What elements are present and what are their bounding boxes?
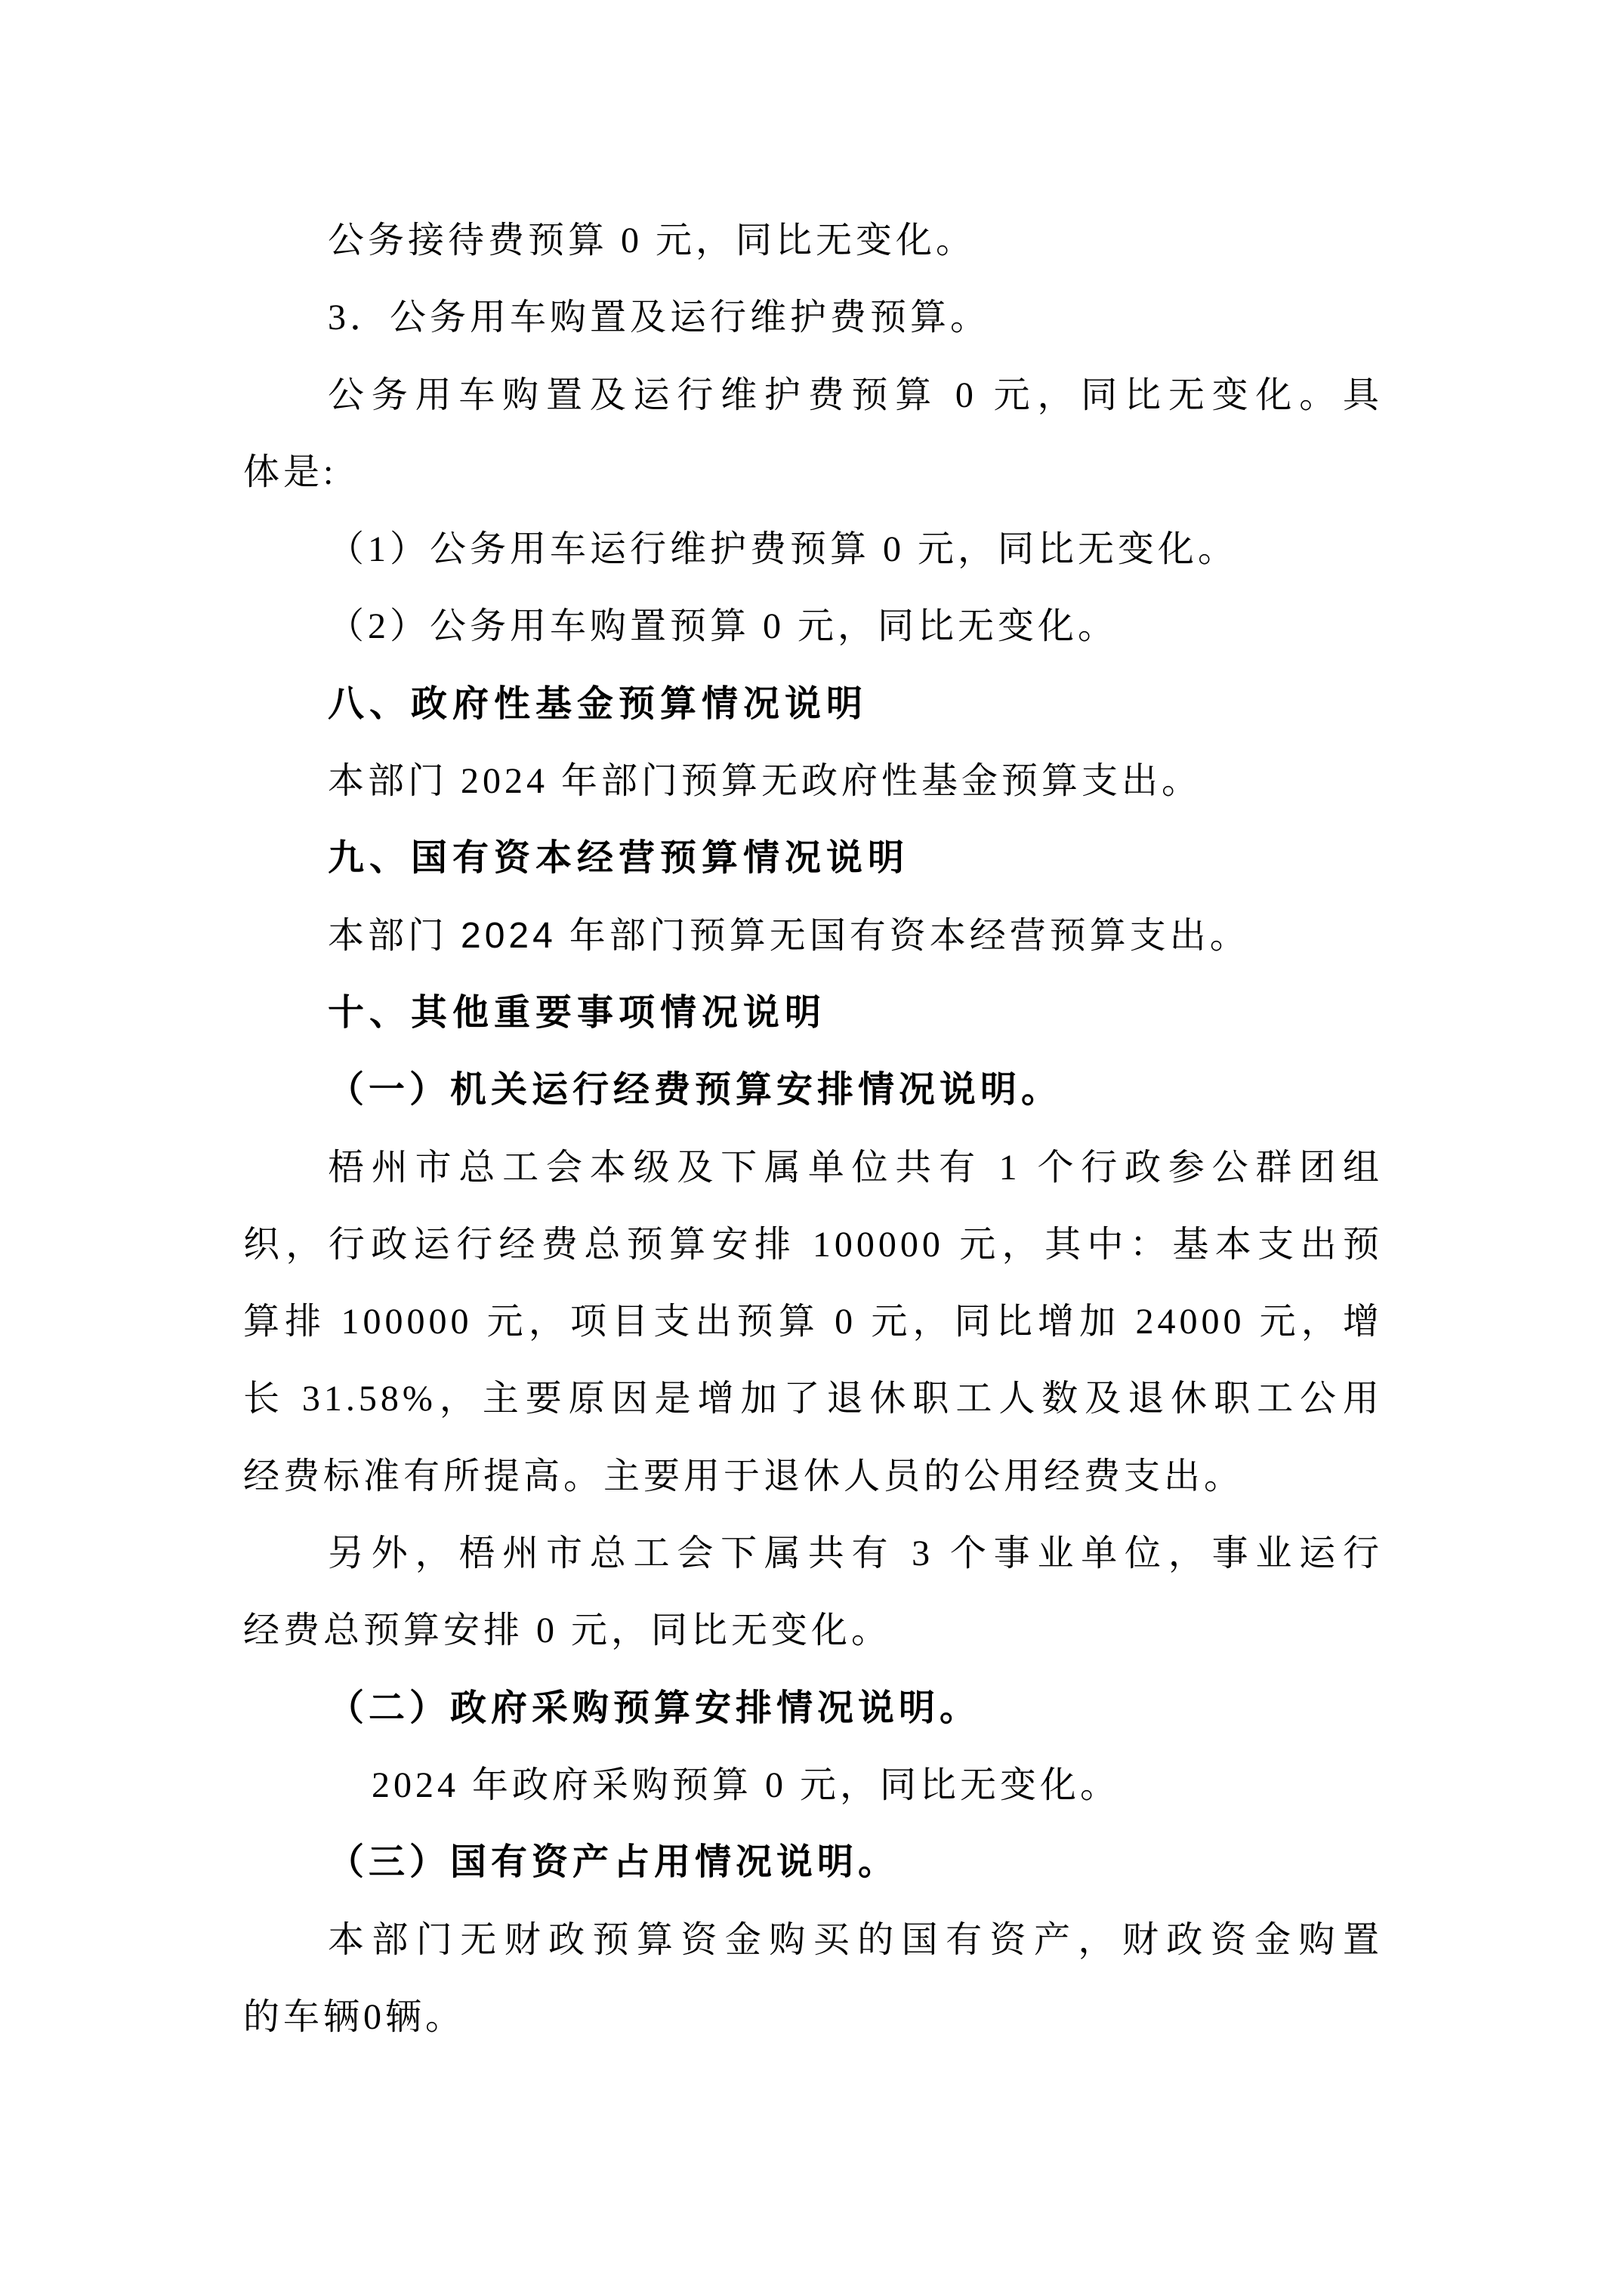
document-page: 公务接待费预算 0 元，同比无变化。3．公务用车购置及运行维护费预算。公务用车购… bbox=[0, 0, 1623, 2296]
text-line: （2）公务用车购置预算 0 元，同比无变化。 bbox=[243, 588, 1383, 665]
text-line: 织，行政运行经费总预算安排 100000 元，其中：基本支出预 bbox=[243, 1207, 1383, 1284]
section-heading: 八、政府性基金预算情况说明 bbox=[243, 666, 1383, 743]
text-segment: 本部门 bbox=[328, 916, 461, 956]
text-line: 本部门 2024 年部门预算无国有资本经营预算支出。 bbox=[243, 898, 1383, 975]
numeric-text: 2024 bbox=[461, 916, 557, 956]
text-line: 本部门无财政预算资金购买的国有资产，财政资金购置 bbox=[243, 1902, 1383, 1979]
section-heading: 九、国有资本经营预算情况说明 bbox=[243, 820, 1383, 897]
text-line: 3．公务用车购置及运行维护费预算。 bbox=[243, 279, 1383, 356]
text-line: 公务接待费预算 0 元，同比无变化。 bbox=[243, 202, 1383, 279]
section-heading: 十、其他重要事项情况说明 bbox=[243, 975, 1383, 1052]
section-heading: （二）政府采购预算安排情况说明。 bbox=[243, 1670, 1383, 1747]
text-line: （1）公务用车运行维护费预算 0 元，同比无变化。 bbox=[243, 511, 1383, 588]
text-line: 经费标准有所提高。主要用于退休人员的公用经费支出。 bbox=[243, 1438, 1383, 1515]
document-body: 公务接待费预算 0 元，同比无变化。3．公务用车购置及运行维护费预算。公务用车购… bbox=[243, 202, 1383, 2056]
text-line: 算排 100000 元，项目支出预算 0 元，同比增加 24000 元，增 bbox=[243, 1284, 1383, 1361]
section-heading: （一）机关运行经费预算安排情况说明。 bbox=[243, 1052, 1383, 1129]
text-line: 梧州市总工会本级及下属单位共有 1 个行政参公群团组 bbox=[243, 1130, 1383, 1207]
text-line: 的车辆0辆。 bbox=[243, 1979, 1383, 2056]
text-line: 长 31.58%，主要原因是增加了退休职工人数及退休职工公用 bbox=[243, 1361, 1383, 1438]
section-heading: （三）国有资产占用情况说明。 bbox=[243, 1824, 1383, 1901]
text-line: 本部门 2024 年部门预算无政府性基金预算支出。 bbox=[243, 743, 1383, 820]
text-line: 另外，梧州市总工会下属共有 3 个事业单位，事业运行 bbox=[243, 1515, 1383, 1592]
text-line: 2024 年政府采购预算 0 元，同比无变化。 bbox=[243, 1747, 1383, 1824]
text-line: 经费总预算安排 0 元，同比无变化。 bbox=[243, 1592, 1383, 1669]
text-segment: 年部门预算无国有资本经营预算支出。 bbox=[557, 916, 1250, 956]
text-line: 公务用车购置及运行维护费预算 0 元，同比无变化。具 bbox=[243, 357, 1383, 434]
text-line: 体是: bbox=[243, 434, 1383, 511]
